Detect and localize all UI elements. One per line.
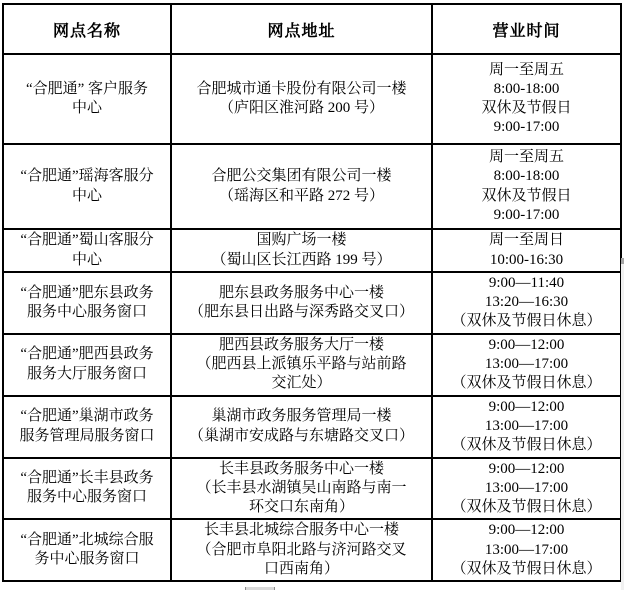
hours-cell: 9:00—12:00 13:00—17:00 （双休及节假日休息） — [432, 458, 621, 520]
name-cell: “合肥通”巢湖市政务 服务管理局服务窗口 — [3, 396, 171, 458]
table-row: “合肥通” 客户服务 中心 合肥城市通卡股份有限公司一楼 （庐阳区淮河路 200… — [3, 54, 621, 144]
hours-cell: 9:00—12:00 13:00—17:00 （双休及节假日休息） — [432, 519, 621, 581]
table-row: “合肥通”北城综合服 务中心服务窗口 长丰县北城综合服务中心一楼 （合肥市阜阳北… — [3, 519, 621, 581]
address-cell: 长丰县政务服务中心一楼 （长丰县水湖镇吴山南路与南一 环交口东南角） — [171, 458, 432, 520]
hours-cell: 周一至周五 8:00-18:00 双休及节假日 9:00-17:00 — [432, 144, 621, 229]
table-row: “合肥通”巢湖市政务 服务管理局服务窗口 巢湖市政务服务管理局一楼 （巢湖市安成… — [3, 396, 621, 458]
table-row: “合肥通”蜀山客服分 中心 国购广场一楼 （蜀山区长江西路 199 号） 周一至… — [3, 229, 621, 272]
name-cell: “合肥通”肥东县政务 服务中心服务窗口 — [3, 272, 171, 334]
column-header-address: 网点地址 — [171, 4, 432, 54]
table-row: “合肥通”肥西县政务 服务大厅服务窗口 肥西县政务服务大厅一楼 （肥西县上派镇乐… — [3, 334, 621, 396]
hours-cell: 周一至周日 10:00-16:30 — [432, 229, 621, 272]
network-locations-table-wrap: 网点名称 网点地址 营业时间 “合肥通” 客户服务 中心 合肥城市通卡股份有限公… — [2, 3, 622, 582]
name-cell: “合肥通”长丰县政务 服务中心服务窗口 — [3, 458, 171, 520]
header-row: 网点名称 网点地址 营业时间 — [3, 4, 621, 54]
table-row: “合肥通”瑶海客服分 中心 合肥公交集团有限公司一楼 （瑶海区和平路 272 号… — [3, 144, 621, 229]
table-row: “合肥通”肥东县政务 服务中心服务窗口 肥东县政务服务中心一楼 （肥东县日出路与… — [3, 272, 621, 334]
network-locations-table: 网点名称 网点地址 营业时间 “合肥通” 客户服务 中心 合肥城市通卡股份有限公… — [2, 3, 622, 582]
table-row: “合肥通”长丰县政务 服务中心服务窗口 长丰县政务服务中心一楼 （长丰县水湖镇吴… — [3, 458, 621, 520]
name-cell: “合肥通”瑶海客服分 中心 — [3, 144, 171, 229]
address-cell: 合肥公交集团有限公司一楼 （瑶海区和平路 272 号） — [171, 144, 432, 229]
address-cell: 肥东县政务服务中心一楼 （肥东县日出路与深秀路交叉口） — [171, 272, 432, 334]
name-cell: “合肥通”北城综合服 务中心服务窗口 — [3, 519, 171, 581]
address-cell: 肥西县政务服务大厅一楼 （肥西县上派镇乐平路与站前路 交汇处） — [171, 334, 432, 396]
column-header-hours: 营业时间 — [432, 4, 621, 54]
address-cell: 长丰县北城综合服务中心一楼 （合肥市阜阳北路与济河路交叉 口西南角） — [171, 519, 432, 581]
column-header-name: 网点名称 — [3, 4, 171, 54]
address-cell: 国购广场一楼 （蜀山区长江西路 199 号） — [171, 229, 432, 272]
hours-cell: 9:00—11:40 13:20—16:30 （双休及节假日休息） — [432, 272, 621, 334]
address-cell: 合肥城市通卡股份有限公司一楼 （庐阳区淮河路 200 号） — [171, 54, 432, 144]
name-cell: “合肥通”蜀山客服分 中心 — [3, 229, 171, 272]
hours-cell: 周一至周五 8:00-18:00 双休及节假日 9:00-17:00 — [432, 54, 621, 144]
hours-cell: 9:00—12:00 13:00—17:00 （双休及节假日休息） — [432, 334, 621, 396]
hours-cell: 9:00—12:00 13:00—17:00 （双休及节假日休息） — [432, 396, 621, 458]
name-cell: “合肥通” 客户服务 中心 — [3, 54, 171, 144]
name-cell: “合肥通”肥西县政务 服务大厅服务窗口 — [3, 334, 171, 396]
address-cell: 巢湖市政务服务管理局一楼 （巢湖市安成路与东塘路交叉口） — [171, 396, 432, 458]
